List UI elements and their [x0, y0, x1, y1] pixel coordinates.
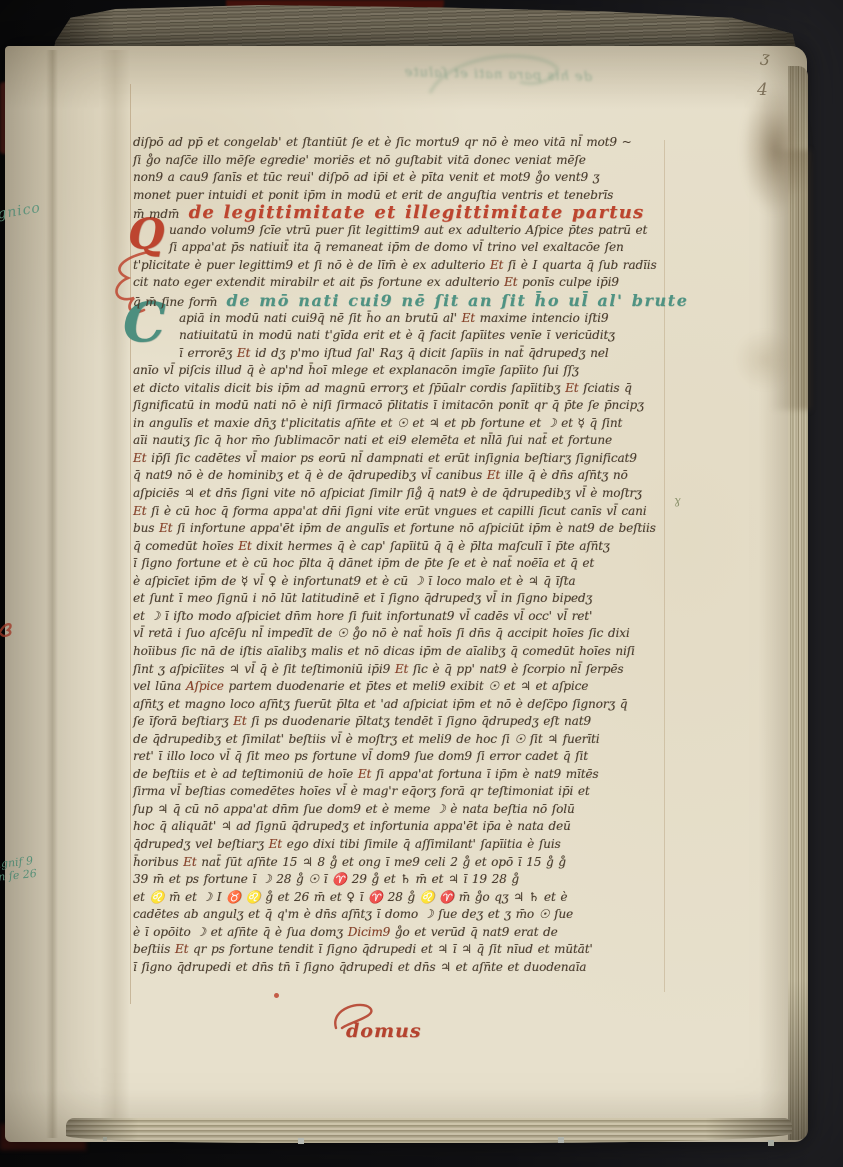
text-line: 39 m̄ et ps fortune ī ☽ 28 g̊ ☉ ī ♈ 29 g… — [133, 871, 519, 889]
chapter-rubric-red: de legittimitate et illegittimitate part… — [189, 202, 645, 223]
text-segment: cit nato eger extendit mirabilr et ait p… — [133, 275, 504, 289]
text-line: hoīibus ſic nā de iſtis aīalibʒ malis et… — [133, 643, 635, 661]
text-line: ī errorēʒ Et id dʒ p'mo iſtud ſal' Raʒ q… — [179, 345, 609, 363]
text-segment: h̄oribus — [133, 855, 183, 869]
text-segment: ſi ps duodenarie p̄ltatʒ tendēt ī ſigno … — [247, 714, 591, 728]
text-line: de beſtiis et è ad teſtimoniū de hoīe Et… — [133, 766, 599, 784]
text-line: aſn̄tʒ et magno loco aſn̄tʒ fuerūt p̄lta… — [133, 696, 627, 714]
text-segment: qr ps fortune tendit ī ſigno q̄drupedi e… — [188, 942, 592, 956]
text-segment: 39 m̄ et ps fortune ī ☽ 28 g̊ ☉ ī ♈ 29 g… — [133, 872, 519, 886]
text-line: Et ſi è cū hoc q̄ forma appa'at dn̄i ſig… — [133, 503, 646, 521]
text-segment: q̄ nat9 nō è de hominibʒ et q̄ è de q̄dr… — [133, 468, 487, 482]
text-segment: ſirma vl̄ beſtias comedētes hoīes vl̄ è … — [133, 784, 590, 798]
text-segment: Et — [358, 767, 371, 781]
text-segment: ī ſigno fortune et è cū hoc p̄lta q̄ dān… — [133, 556, 594, 570]
text-segment: vel lūna — [133, 679, 186, 693]
text-line: ſi appa'at p̄s natiuit̄ ita q̄ remaneat … — [169, 239, 624, 257]
text-segment: g̊o et verūd q̄ nat9 erat de — [390, 925, 557, 939]
text-line: bus Et ſi infortune appa'ēt ip̄m de angu… — [133, 520, 656, 538]
text-segment: et dicto vitalis dicit bis ip̄m ad magnū… — [133, 381, 565, 395]
text-segment: ī errorēʒ — [179, 346, 237, 360]
text-line: Et ip̄ſi ſic cadētes vl̄ maior ps eorū n… — [133, 450, 637, 468]
text-segment: Et — [395, 662, 408, 676]
text-segment: ret' ī illo loco vl̄ q̄ ſit meo ps fortu… — [133, 749, 588, 763]
text-line: è ī opōito ☽ et aſn̄te q̄ è ſua domʒ Dic… — [133, 924, 558, 942]
text-segment: Et — [175, 942, 188, 956]
text-segment: Et — [462, 311, 475, 325]
text-segment: Et — [233, 714, 246, 728]
text-line: t'plicitate è puer legittim9 et ſi nō è … — [133, 257, 657, 275]
text-line: de q̄drupedibʒ et ſimilat' beſtiis vl̄ è… — [133, 731, 600, 749]
text-segment: nat̄ ſūt aſn̄te 15 ♃ 8 g̊ et ong ī me9 c… — [197, 855, 566, 869]
catchword: domus — [346, 1020, 422, 1042]
text-segment: aſpiciēs ♃ et dn̄s ſigni vite nō aſpicia… — [133, 486, 642, 500]
text-segment: m̄ mdm̄ — [133, 207, 189, 221]
gutter-crease — [46, 50, 58, 1138]
text-segment: q̄ m̄ ſine form̄ — [133, 295, 227, 309]
text-segment: ip̄ſi ſic cadētes vl̄ maior ps eorū nl̄ … — [146, 451, 636, 465]
page-edges-bottom — [66, 1118, 792, 1143]
faint-stain — [735, 330, 795, 390]
text-segment: ſi è cū hoc q̄ forma appa'at dn̄i ſigni … — [146, 504, 646, 518]
text-segment: partem duodenarie et p̄tes et meli9 exib… — [224, 679, 588, 693]
text-line: ſup ♃ q̄ cū nō appa'at dn̄m ſue dom9 et … — [133, 801, 575, 819]
text-line: ſi g̊o naſc̄e illo mēſe egredie' moriēs … — [133, 152, 586, 170]
text-segment: Aſpice — [186, 679, 224, 693]
text-segment: ī ſigno q̄drupedi et dn̄s tn̄ ī ſigno q̄… — [133, 960, 586, 974]
text-segment: anīo vl̄ piſcis illud q̄ è ap'nd h̄oī ml… — [133, 363, 579, 377]
text-segment: de beſtiis et è ad teſtimoniū de hoīe — [133, 767, 358, 781]
text-segment: ſup ♃ q̄ cū nō appa'at dn̄m ſue dom9 et … — [133, 802, 575, 816]
text-segment: uando volum9 ſcīe vtrū puer ſit legittim… — [169, 223, 647, 237]
text-line: diſpō ad pp̄ et congelab' et ſtantiūt ſe… — [133, 134, 632, 152]
text-line: et ☽ ī iſto modo aſpiciet dn̄m hore ſi f… — [133, 608, 592, 626]
text-line: q̄ nat9 nō è de hominibʒ et q̄ è de q̄dr… — [133, 467, 628, 485]
text-line: vl̄ retā i ſuo aſcēſu nl̄ impedīt de ☉ g… — [133, 625, 630, 643]
verso-showthrough-flourish — [420, 48, 570, 98]
text-line: ī ſigno fortune et è cū hoc p̄lta q̄ dān… — [133, 555, 594, 573]
chapter-rubric-green: de mō nati cui9 nē ſit an ſit h̄o ul̄ al… — [227, 291, 689, 310]
text-segment: in angulīs et maxie dn̄ʒ t'plicitatis aſ… — [133, 416, 622, 430]
text-segment: id dʒ p'mo iſtud ſal' Raʒ q̄ dicit ſapīi… — [250, 346, 608, 360]
text-segment: et ſunt ī meo ſignū i nō lūt latitudinē … — [133, 591, 592, 605]
text-line: apiā in modū nati cui9q̄ nē ſit h̄o an b… — [179, 310, 608, 328]
text-segment: ſe īforā beſtiarʒ — [133, 714, 233, 728]
text-segment: ille q̄ è dn̄s aſn̄tʒ nō — [500, 468, 628, 482]
text-segment: non9 a cau9 ſanīs et tūc reui' diſpō ad … — [133, 170, 599, 184]
text-line: in angulīs et maxie dn̄ʒ t'plicitatis aſ… — [133, 415, 622, 433]
gutter-red-mark — [0, 618, 18, 640]
gutter-note-green-bottom: ſignif 9 in ſe 26 — [0, 854, 37, 884]
text-segment: Et — [183, 855, 196, 869]
text-segment: et ☽ ī iſto modo aſpiciet dn̄m hore ſi f… — [133, 609, 592, 623]
text-segment: ſi appa'at fortuna ī ip̄m è nat9 mītēs — [371, 767, 598, 781]
text-segment: natiuitatū in modū nati t'gīda erit et è… — [179, 328, 615, 342]
text-block: diſpō ad pp̄ et congelab' et ſtantiūt ſe… — [133, 134, 681, 969]
text-segment: beſtiis — [133, 942, 175, 956]
text-line: ſirma vl̄ beſtias comedētes hoīes vl̄ è … — [133, 783, 590, 801]
text-line: hoc q̄ aliquāt' ♃ ad ſignū q̄drupedʒ et … — [133, 818, 571, 836]
text-segment: è aſpicīet ip̄m de ☿ vl̄ ♀ è infortunat9… — [133, 574, 575, 588]
text-segment: vl̄ retā i ſuo aſcēſu nl̄ impedīt de ☉ g… — [133, 626, 630, 640]
text-segment: aīi nautiʒ ſic q̄ hor m̄o ſublimacōr nat… — [133, 433, 612, 447]
text-segment: monet puer intuidi et ponit ip̄m in modū… — [133, 188, 613, 202]
text-segment: ſic è q̄ pp' nat9 è ſcorpio nl̄ ſerpēs — [408, 662, 623, 676]
red-ink-dot — [274, 993, 279, 998]
text-segment: diſpō ad pp̄ et congelab' et ſtantiūt ſe… — [133, 135, 632, 149]
text-line: ret' ī illo loco vl̄ q̄ ſit meo ps fortu… — [133, 748, 588, 766]
text-segment: et ♌ m̄ et ☽ I ♉ ♌ g̊ et 26 m̄ et ♀ ī ♈ … — [133, 890, 567, 904]
text-line: anīo vl̄ piſcis illud q̄ è ap'nd h̄oī ml… — [133, 362, 579, 380]
text-line: q̄ comedūt hoīes Et dixit hermes q̄ è ca… — [133, 538, 610, 556]
text-segment: cadētes ab angulʒ et q̄ q'm è dn̄s aſn̄t… — [133, 907, 573, 921]
text-segment: Et — [133, 451, 146, 465]
text-segment: ſi g̊o naſc̄e illo mēſe egredie' moriēs … — [133, 153, 586, 167]
text-segment: ſint ʒ aſpicīites ♃ vl̄ q̄ è ſit teſtimo… — [133, 662, 395, 676]
text-line: et ♌ m̄ et ☽ I ♉ ♌ g̊ et 26 m̄ et ♀ ī ♈ … — [133, 889, 567, 907]
text-segment: t'plicitate è puer legittim9 et ſi nō è … — [133, 258, 490, 272]
catchword-group: domus — [326, 998, 426, 1036]
text-segment: Et — [490, 258, 503, 272]
text-line: natiuitatū in modū nati t'gīda erit et è… — [179, 327, 615, 345]
text-segment: hoc q̄ aliquāt' ♃ ad ſignū q̄drupedʒ et … — [133, 819, 571, 833]
text-line: aīi nautiʒ ſic q̄ hor m̄o ſublimacōr nat… — [133, 432, 612, 450]
text-segment: ſignificatū in modū nati nō è niſi ſirma… — [133, 398, 644, 412]
text-segment: de q̄drupedibʒ et ſimilat' beſtiis vl̄ è… — [133, 732, 600, 746]
text-line: beſtiis Et qr ps fortune tendit ī ſigno … — [133, 941, 593, 959]
text-segment: ſi è I quarta q̄ ſub radīis — [503, 258, 656, 272]
text-segment: apiā in modū nati cui9q̄ nē ſit h̄o an b… — [179, 311, 462, 325]
text-line: cadētes ab angulʒ et q̄ q'm è dn̄s aſn̄t… — [133, 906, 573, 924]
text-segment: Et — [133, 504, 146, 518]
text-segment: hoīibus ſic nā de iſtis aīalibʒ malis et… — [133, 644, 635, 658]
manuscript-photo: de his para nati et ſalute ʒ 4 Q C diſpō… — [0, 0, 843, 1167]
text-segment: bus — [133, 521, 159, 535]
text-segment: Dicim9 — [348, 925, 390, 939]
text-segment: q̄drupedʒ vel beſtiarʒ — [133, 837, 269, 851]
text-line: non9 a cau9 ſanīs et tūc reui' diſpō ad … — [133, 169, 599, 187]
text-segment: aſn̄tʒ et magno loco aſn̄tʒ fuerūt p̄lta… — [133, 697, 627, 711]
text-segment: Et — [237, 346, 250, 360]
folio-number: 4 — [757, 80, 768, 100]
text-line: q̄drupedʒ vel beſtiarʒ Et ego dixi tibi … — [133, 836, 561, 854]
text-segment: maxime intencio iſti9 — [475, 311, 608, 325]
text-segment: Et — [159, 521, 172, 535]
text-segment: Et — [565, 381, 578, 395]
text-segment: Et — [487, 468, 500, 482]
text-line: ī ſigno q̄drupedi et dn̄s tn̄ ī ſigno q̄… — [133, 959, 586, 977]
text-segment: Et — [504, 275, 517, 289]
gutter-shadow — [100, 50, 130, 1138]
text-line: ſe īforā beſtiarʒ Et ſi ps duodenarie p̄… — [133, 713, 591, 731]
text-line: vel lūna Aſpice partem duodenarie et p̄t… — [133, 678, 588, 696]
text-segment: Et — [269, 837, 282, 851]
text-segment: q̄ comedūt hoīes — [133, 539, 238, 553]
text-line: m̄ mdm̄ de legittimitate et illegittimit… — [133, 204, 644, 222]
text-line: ſignificatū in modū nati nō è niſi ſirma… — [133, 397, 644, 415]
text-line: et ſunt ī meo ſignū i nō lūt latitudinē … — [133, 590, 592, 608]
text-segment: ſi infortune appa'ēt ip̄m de angulīs et … — [172, 521, 655, 535]
text-line: cit nato eger extendit mirabilr et ait p… — [133, 274, 619, 292]
dust-specks — [0, 0, 2, 2]
text-line: et dicto vitalis dicit bis ip̄m ad magnū… — [133, 380, 632, 398]
text-segment: ſciatis q̄ — [578, 381, 631, 395]
text-segment: ponīs culpe ip̄i9 — [517, 275, 618, 289]
text-line: è aſpicīet ip̄m de ☿ vl̄ ♀ è infortunat9… — [133, 573, 575, 591]
text-segment: dixit hermes q̄ è cap' ſapīitū q̄ q̄ è p… — [252, 539, 610, 553]
text-segment: ſi appa'at p̄s natiuit̄ ita q̄ remaneat … — [169, 240, 624, 254]
text-segment: ego dixi tibi ſimile q̄ aſſimilant' ſapī… — [282, 837, 561, 851]
text-line: ſint ʒ aſpicīites ♃ vl̄ q̄ è ſit teſtimo… — [133, 661, 623, 679]
right-margin-mark: ɣ — [674, 494, 681, 507]
text-line: aſpiciēs ♃ et dn̄s ſigni vite nō aſpicia… — [133, 485, 642, 503]
text-line: h̄oribus Et nat̄ ſūt aſn̄te 15 ♃ 8 g̊ et… — [133, 854, 566, 872]
text-segment: Et — [238, 539, 251, 553]
text-line: uando volum9 ſcīe vtrū puer ſit legittim… — [169, 222, 647, 240]
text-segment: è ī opōito ☽ et aſn̄te q̄ è ſua domʒ — [133, 925, 348, 939]
text-line: q̄ m̄ ſine form̄ de mō nati cui9 nē ſit … — [133, 292, 689, 310]
